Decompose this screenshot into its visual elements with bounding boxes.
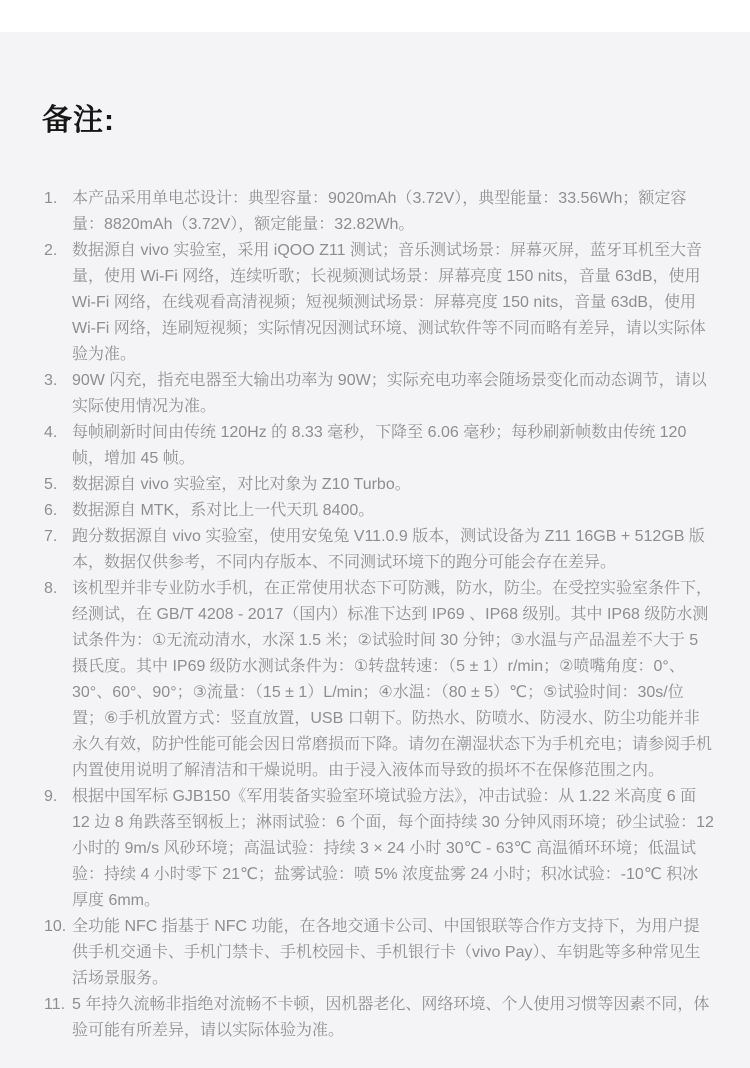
- note-text: 根据中国军标 GJB150《军用装备实验室环境试验方法》，冲击试验：从 1.22…: [72, 784, 714, 914]
- note-text: 全功能 NFC 指基于 NFC 功能，在各地交通卡公司、中国银联等合作方支持下，…: [72, 914, 714, 992]
- note-number: 4.: [42, 420, 72, 446]
- note-number: 9.: [42, 784, 72, 810]
- note-number: 7.: [42, 524, 72, 550]
- note-number: 10.: [42, 914, 72, 940]
- note-number: 8.: [42, 576, 72, 602]
- notes-list: 1. 本产品采用单电芯设计：典型容量：9020mAh（3.72V），典型能量：3…: [42, 186, 714, 1044]
- page-top-spacer: [0, 0, 750, 32]
- note-item-10: 10. 全功能 NFC 指基于 NFC 功能，在各地交通卡公司、中国银联等合作方…: [42, 914, 714, 992]
- note-text: 90W 闪充，指充电器至大输出功率为 90W；实际充电功率会随场景变化而动态调节…: [72, 368, 714, 420]
- note-item-4: 4. 每帧刷新时间由传统 120Hz 的 8.33 毫秒，下降至 6.06 毫秒…: [42, 420, 714, 472]
- note-item-5: 5. 数据源自 vivo 实验室，对比对象为 Z10 Turbo。: [42, 472, 714, 498]
- note-item-6: 6. 数据源自 MTK，系对比上一代天玑 8400。: [42, 498, 714, 524]
- note-text: 5 年持久流畅非指绝对流畅不卡顿，因机器老化、网络环境、个人使用习惯等因素不同，…: [72, 992, 714, 1044]
- note-item-1: 1. 本产品采用单电芯设计：典型容量：9020mAh（3.72V），典型能量：3…: [42, 186, 714, 238]
- note-item-11: 11. 5 年持久流畅非指绝对流畅不卡顿，因机器老化、网络环境、个人使用习惯等因…: [42, 992, 714, 1044]
- note-item-3: 3. 90W 闪充，指充电器至大输出功率为 90W；实际充电功率会随场景变化而动…: [42, 368, 714, 420]
- note-number: 11.: [42, 992, 72, 1018]
- note-number: 5.: [42, 472, 72, 498]
- note-item-8: 8. 该机型并非专业防水手机，在正常使用状态下可防溅，防水，防尘。在受控实验室条…: [42, 576, 714, 784]
- note-number: 3.: [42, 368, 72, 394]
- notes-title: 备注:: [42, 102, 714, 140]
- note-number: 1.: [42, 186, 72, 212]
- note-text: 每帧刷新时间由传统 120Hz 的 8.33 毫秒，下降至 6.06 毫秒；每秒…: [72, 420, 714, 472]
- note-number: 2.: [42, 238, 72, 264]
- note-text: 数据源自 MTK，系对比上一代天玑 8400。: [72, 498, 374, 524]
- notes-section: 备注: 1. 本产品采用单电芯设计：典型容量：9020mAh（3.72V），典型…: [0, 32, 750, 1068]
- note-text: 数据源自 vivo 实验室，采用 iQOO Z11 测试；音乐测试场景：屏幕灭屏…: [72, 238, 714, 368]
- note-text: 本产品采用单电芯设计：典型容量：9020mAh（3.72V），典型能量：33.5…: [72, 186, 714, 238]
- note-item-2: 2. 数据源自 vivo 实验室，采用 iQOO Z11 测试；音乐测试场景：屏…: [42, 238, 714, 368]
- note-text: 跑分数据源自 vivo 实验室，使用安兔兔 V11.0.9 版本，测试设备为 Z…: [72, 524, 714, 576]
- note-item-9: 9. 根据中国军标 GJB150《军用装备实验室环境试验方法》，冲击试验：从 1…: [42, 784, 714, 914]
- note-item-7: 7. 跑分数据源自 vivo 实验室，使用安兔兔 V11.0.9 版本，测试设备…: [42, 524, 714, 576]
- note-text: 数据源自 vivo 实验室，对比对象为 Z10 Turbo。: [72, 472, 411, 498]
- note-number: 6.: [42, 498, 72, 524]
- note-text: 该机型并非专业防水手机，在正常使用状态下可防溅，防水，防尘。在受控实验室条件下，…: [72, 576, 714, 784]
